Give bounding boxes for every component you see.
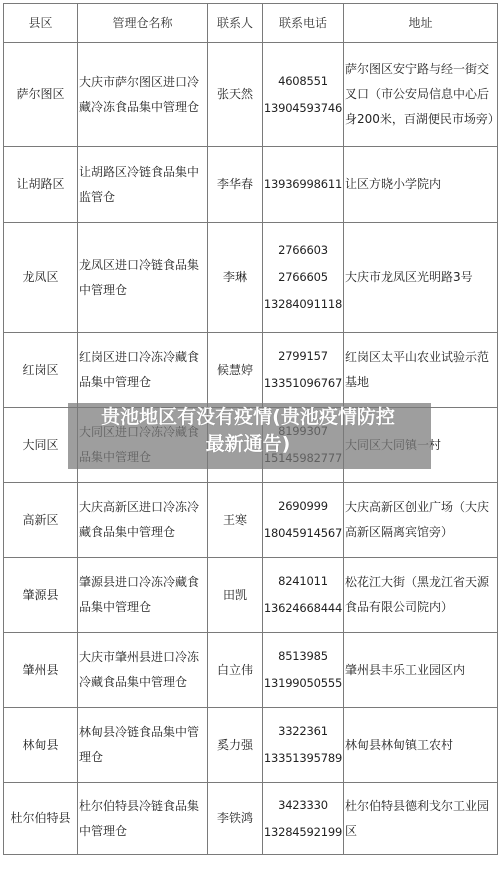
table-row: 杜尔伯特县 杜尔伯特县冷链食品集中管理仓 李铁鸿 3423330 1328459…	[4, 783, 498, 855]
address-cell: 萨尔图区安宁路与经一街交叉口（市公安局信息中心后身200米，百湖便民市场旁）	[344, 43, 498, 147]
address-cell: 林甸县林甸镇工农村	[344, 708, 498, 783]
warehouse-name-cell: 大庆高新区进口冷冻冷藏食品集中管理仓	[78, 483, 208, 558]
phone-number: 13936998611	[263, 171, 343, 198]
phone-cell: 3322361 13351395789	[263, 708, 344, 783]
title-overlay-text: 贵池地区有没有疫情(贵池疫情防控 最新通告)	[78, 404, 418, 458]
contact-cell: 李铁鸿	[208, 783, 263, 855]
header-warehouse-name: 管理仓名称	[78, 4, 208, 43]
phone-number: 13624668444	[263, 595, 343, 622]
county-cell: 大同区	[4, 408, 78, 483]
phone-number: 13351395789	[263, 745, 343, 772]
phone-cell: 2799157 13351096767	[263, 333, 344, 408]
address-cell: 大庆市龙凤区光明路3号	[344, 223, 498, 333]
contact-cell: 李华春	[208, 147, 263, 223]
address-cell: 大庆高新区创业广场（大庆高新区隔离宾馆旁）	[344, 483, 498, 558]
phone-cell: 8241011 13624668444	[263, 558, 344, 633]
phone-cell: 4608551 13904593746	[263, 43, 344, 147]
contact-cell: 白立伟	[208, 633, 263, 708]
warehouse-name-cell: 龙凤区进口冷链食品集中管理仓	[78, 223, 208, 333]
address-cell: 杜尔伯特县德利戈尔工业园区	[344, 783, 498, 855]
table-row: 让胡路区 让胡路区冷链食品集中监管仓 李华春 13936998611 让区方晓小…	[4, 147, 498, 223]
header-contact: 联系人	[208, 4, 263, 43]
phone-number: 13199050555	[263, 670, 343, 697]
county-cell: 肇州县	[4, 633, 78, 708]
phone-number: 4608551	[263, 68, 343, 95]
table-row: 肇州县 大庆市肇州县进口冷冻冷藏食品集中管理仓 白立伟 8513985 1319…	[4, 633, 498, 708]
phone-number: 2766605	[263, 264, 343, 291]
warehouse-name-cell: 林甸县冷链食品集中管理仓	[78, 708, 208, 783]
phone-cell: 8513985 13199050555	[263, 633, 344, 708]
county-cell: 让胡路区	[4, 147, 78, 223]
table-row: 高新区 大庆高新区进口冷冻冷藏食品集中管理仓 王寒 2690999 180459…	[4, 483, 498, 558]
phone-cell: 2690999 18045914567	[263, 483, 344, 558]
county-cell: 高新区	[4, 483, 78, 558]
contact-cell: 李琳	[208, 223, 263, 333]
phone-number: 3322361	[263, 718, 343, 745]
address-cell: 红岗区太平山农业试验示范基地	[344, 333, 498, 408]
phone-number: 13904593746	[263, 95, 343, 122]
warehouse-name-cell: 让胡路区冷链食品集中监管仓	[78, 147, 208, 223]
phone-number: 18045914567	[263, 520, 343, 547]
header-phone: 联系电话	[263, 4, 344, 43]
phone-number: 8241011	[263, 568, 343, 595]
warehouse-name-cell: 肇源县进口冷冻冷藏食品集中管理仓	[78, 558, 208, 633]
phone-number: 8513985	[263, 643, 343, 670]
county-cell: 红岗区	[4, 333, 78, 408]
table-row: 红岗区 红岗区进口冷冻冷藏食品集中管理仓 候慧婷 2799157 1335109…	[4, 333, 498, 408]
county-cell: 肇源县	[4, 558, 78, 633]
contact-cell: 田凯	[208, 558, 263, 633]
phone-number: 3423330	[263, 792, 343, 819]
county-cell: 龙凤区	[4, 223, 78, 333]
contact-cell: 候慧婷	[208, 333, 263, 408]
contact-cell: 王寒	[208, 483, 263, 558]
phone-cell: 13936998611	[263, 147, 344, 223]
phone-number: 13284091118	[263, 291, 343, 318]
table-row: 萨尔图区 大庆市萨尔图区进口冷藏冷冻食品集中管理仓 张天然 4608551 13…	[4, 43, 498, 147]
phone-number: 2766603	[263, 237, 343, 264]
table-row: 龙凤区 龙凤区进口冷链食品集中管理仓 李琳 2766603 2766605 13…	[4, 223, 498, 333]
header-county: 县区	[4, 4, 78, 43]
overlay-title-line-1: 贵池地区有没有疫情(贵池疫情防控	[78, 404, 418, 431]
table-header-row: 县区 管理仓名称 联系人 联系电话 地址	[4, 4, 498, 43]
phone-number: 2799157	[263, 343, 343, 370]
warehouse-name-cell: 大庆市肇州县进口冷冻冷藏食品集中管理仓	[78, 633, 208, 708]
warehouse-name-cell: 红岗区进口冷冻冷藏食品集中管理仓	[78, 333, 208, 408]
warehouse-name-cell: 杜尔伯特县冷链食品集中管理仓	[78, 783, 208, 855]
phone-number: 13351096767	[263, 370, 343, 397]
county-cell: 杜尔伯特县	[4, 783, 78, 855]
phone-cell: 3423330 13284592199	[263, 783, 344, 855]
address-cell: 肇州县丰乐工业园区内	[344, 633, 498, 708]
address-cell: 松花江大街（黑龙江省天源食品有限公司院内）	[344, 558, 498, 633]
address-cell: 让区方晓小学院内	[344, 147, 498, 223]
county-cell: 林甸县	[4, 708, 78, 783]
contact-cell: 张天然	[208, 43, 263, 147]
phone-cell: 2766603 2766605 13284091118	[263, 223, 344, 333]
header-address: 地址	[344, 4, 498, 43]
table-row: 林甸县 林甸县冷链食品集中管理仓 奚力强 3322361 13351395789…	[4, 708, 498, 783]
table-row: 肇源县 肇源县进口冷冻冷藏食品集中管理仓 田凯 8241011 13624668…	[4, 558, 498, 633]
contact-cell: 奚力强	[208, 708, 263, 783]
phone-number: 2690999	[263, 493, 343, 520]
warehouse-name-cell: 大庆市萨尔图区进口冷藏冷冻食品集中管理仓	[78, 43, 208, 147]
phone-number: 13284592199	[263, 819, 343, 846]
county-cell: 萨尔图区	[4, 43, 78, 147]
overlay-title-line-2: 最新通告)	[78, 431, 418, 458]
